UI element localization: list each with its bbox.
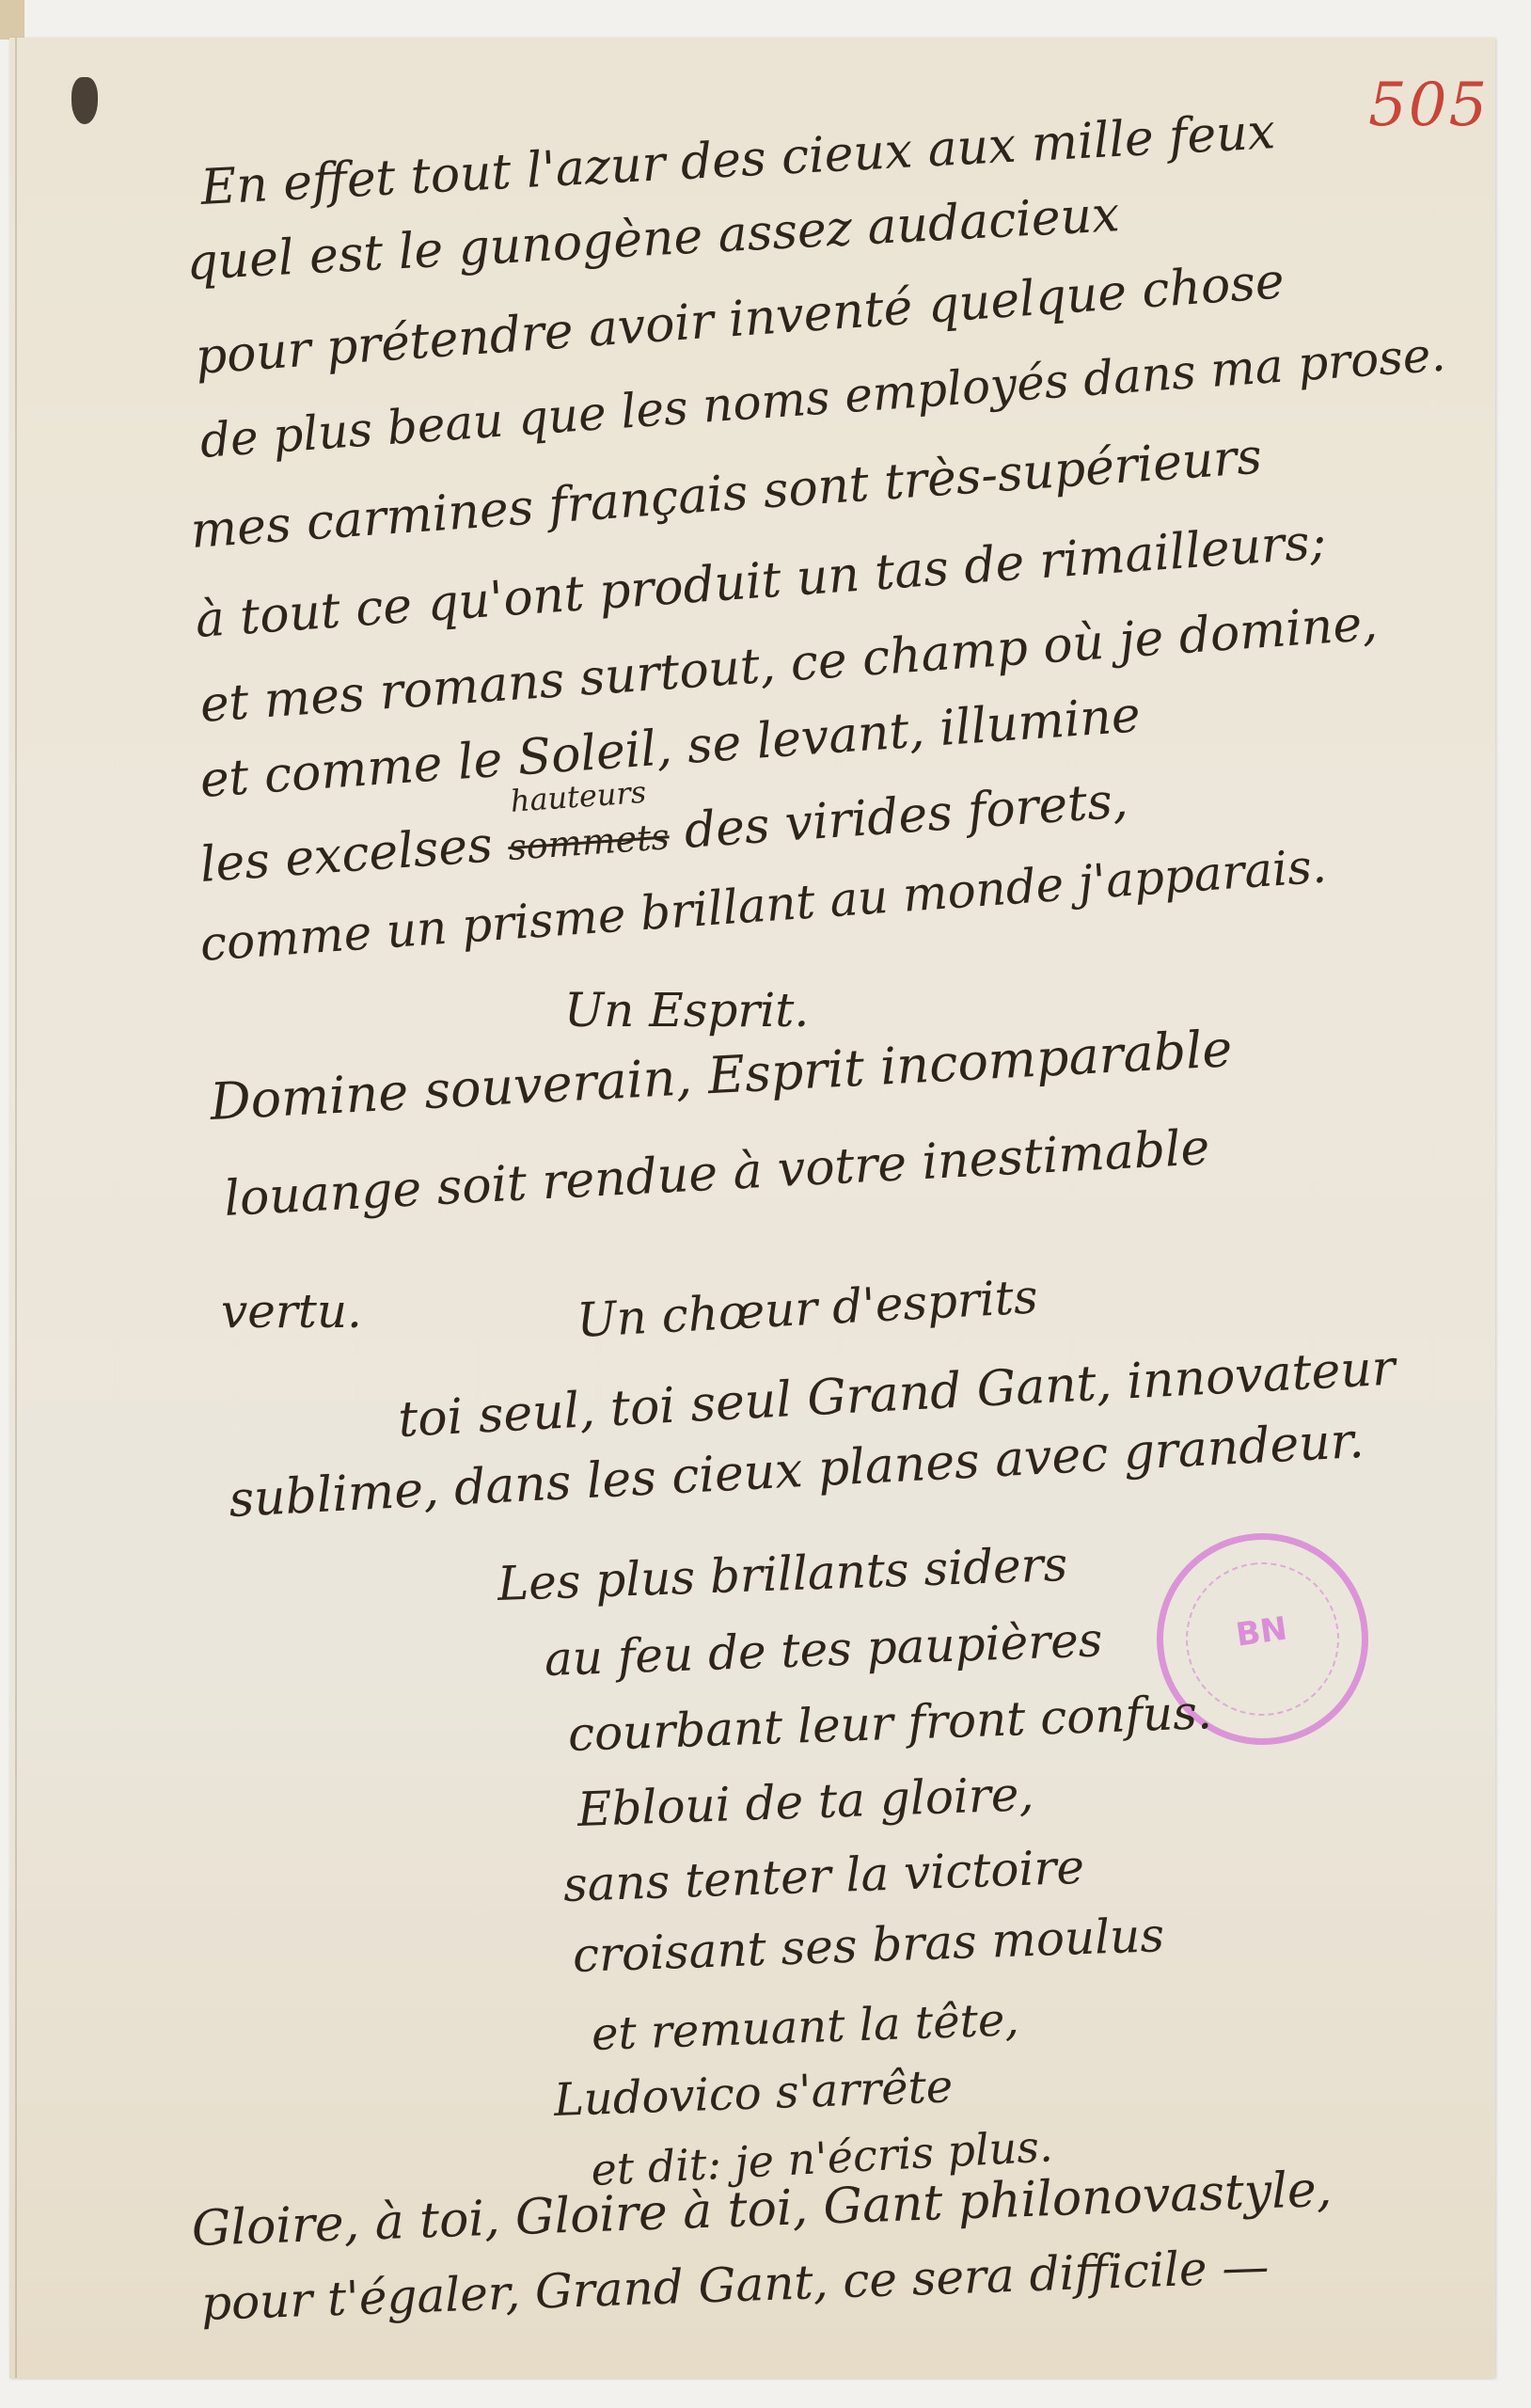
binding-strip <box>0 0 24 40</box>
manuscript-line: vertu. <box>221 1284 362 1339</box>
speaker-heading: Un Esprit. <box>564 983 809 1038</box>
struck-word: sommets <box>507 816 671 868</box>
folio-number: 505 <box>1368 71 1489 140</box>
ink-blot <box>71 77 98 124</box>
